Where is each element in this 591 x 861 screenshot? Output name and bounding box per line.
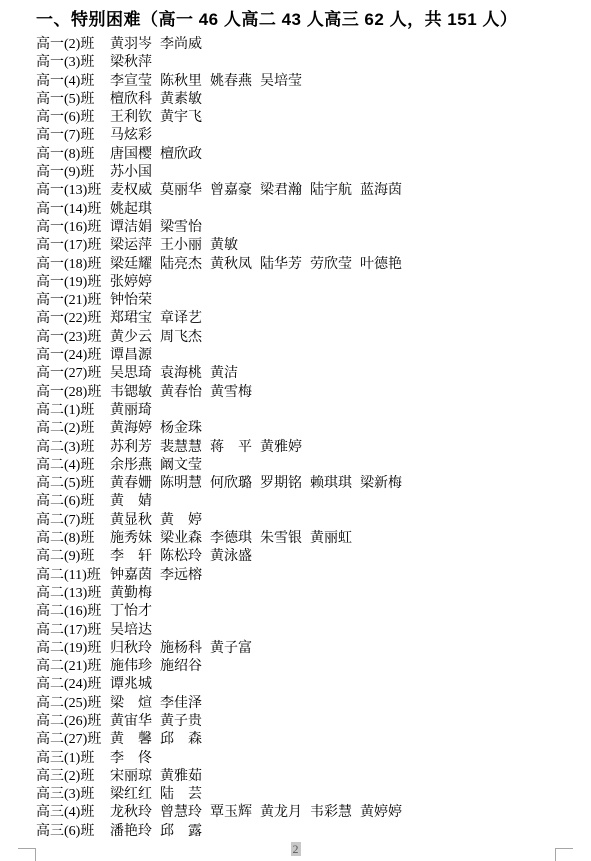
student-name: 陆 芸 — [160, 786, 205, 804]
student-name: 邱 森 — [160, 731, 205, 749]
class-label: 高三(1)班 — [36, 750, 110, 768]
student-name: 施伟珍 — [110, 658, 155, 676]
student-name: 黄宇飞 — [160, 109, 205, 127]
student-name: 施杨科 — [160, 640, 205, 658]
class-label: 高一(6)班 — [36, 109, 110, 127]
student-name: 李远榕 — [160, 567, 205, 585]
student-name: 余彤燕 — [110, 457, 155, 475]
list-item: 高二(9)班李 轩陈松玲黄泳盛 — [36, 548, 410, 566]
student-name: 谭洁娟 — [110, 219, 155, 237]
class-label: 高一(27)班 — [36, 365, 110, 383]
student-name: 归秋玲 — [110, 640, 155, 658]
class-label: 高一(16)班 — [36, 219, 110, 237]
class-label: 高一(18)班 — [36, 256, 110, 274]
student-name: 陆亮杰 — [160, 256, 205, 274]
student-name: 黄 馨 — [110, 731, 155, 749]
list-item: 高一(9)班苏小国 — [36, 164, 410, 182]
class-label: 高三(6)班 — [36, 823, 110, 841]
student-name: 曾嘉豪 — [210, 182, 255, 200]
student-name: 章译艺 — [160, 310, 205, 328]
student-name: 苏利芳 — [110, 439, 155, 457]
student-name: 黄显秋 — [110, 512, 155, 530]
class-label: 高二(3)班 — [36, 439, 110, 457]
class-label: 高一(22)班 — [36, 310, 110, 328]
student-name: 莫丽华 — [160, 182, 205, 200]
student-name: 吴培达 — [110, 622, 155, 640]
student-name: 谭昌源 — [110, 347, 155, 365]
student-name: 李德琪 — [210, 530, 255, 548]
student-name: 蒋 平 — [210, 439, 255, 457]
list-item: 高一(24)班谭昌源 — [36, 347, 410, 365]
student-name: 梁新梅 — [360, 475, 405, 493]
student-name: 陈明慧 — [160, 475, 205, 493]
list-item: 高二(26)班黄宙华黄子贵 — [36, 713, 410, 731]
student-name: 黄丽琦 — [110, 402, 155, 420]
list-item: 高二(13)班黄勤梅 — [36, 585, 410, 603]
student-name: 曾慧玲 — [160, 804, 205, 822]
class-label: 高三(4)班 — [36, 804, 110, 822]
student-name: 黄龙月 — [260, 804, 305, 822]
class-label: 高二(24)班 — [36, 676, 110, 694]
student-name: 黄羽岑 — [110, 36, 155, 54]
class-label: 高二(2)班 — [36, 420, 110, 438]
class-label: 高二(7)班 — [36, 512, 110, 530]
student-name: 李佳泽 — [160, 695, 205, 713]
student-name: 黄洁 — [210, 365, 255, 383]
student-name: 裴慧慧 — [160, 439, 205, 457]
student-list: 高一(2)班黄羽岑李尚威高一(3)班梁秋萍高一(4)班李宣莹陈秋里姚春燕吴培莹高… — [36, 36, 410, 841]
student-name: 李 轩 — [110, 548, 155, 566]
list-item: 高二(8)班施秀妹梁业森李德琪朱雪银黄丽虹 — [36, 530, 410, 548]
class-label: 高二(6)班 — [36, 493, 110, 511]
list-item: 高一(7)班马炫彩 — [36, 127, 410, 145]
student-name: 王利钦 — [110, 109, 155, 127]
class-label: 高一(7)班 — [36, 127, 110, 145]
student-name: 龙秋玲 — [110, 804, 155, 822]
student-name: 钟嘉茵 — [110, 567, 155, 585]
student-name: 李 佟 — [110, 750, 155, 768]
document-page: 一、特别困难（高一 46 人高二 43 人高三 62 人，共 151 人） 高一… — [0, 0, 591, 861]
class-label: 高三(2)班 — [36, 768, 110, 786]
list-item: 高二(21)班施伟珍施绍谷 — [36, 658, 410, 676]
student-name: 阚文莹 — [160, 457, 205, 475]
student-name: 袁海桃 — [160, 365, 205, 383]
class-label: 高二(11)班 — [36, 567, 110, 585]
class-label: 高三(3)班 — [36, 786, 110, 804]
list-item: 高三(4)班龙秋玲曾慧玲覃玉辉黄龙月韦彩慧黄婷婷 — [36, 804, 410, 822]
list-item: 高三(1)班李 佟 — [36, 750, 410, 768]
list-item: 高二(16)班丁怡才 — [36, 603, 410, 621]
student-name: 黄子贵 — [160, 713, 205, 731]
student-name: 黄子富 — [210, 640, 255, 658]
student-name: 潘艳玲 — [110, 823, 155, 841]
student-name: 何欣璐 — [210, 475, 255, 493]
student-name: 梁廷耀 — [110, 256, 155, 274]
list-item: 高一(22)班郑珺宝章译艺 — [36, 310, 410, 328]
class-label: 高一(23)班 — [36, 329, 110, 347]
class-label: 高二(8)班 — [36, 530, 110, 548]
student-name: 黄雅婷 — [260, 439, 305, 457]
student-name: 唐国樱 — [110, 146, 155, 164]
list-item: 高二(7)班黄显秋黄 婷 — [36, 512, 410, 530]
list-item: 高一(28)班韦锶敏黄春怡黄雪梅 — [36, 384, 410, 402]
student-name: 陆宇航 — [310, 182, 355, 200]
student-name: 姚起琪 — [110, 201, 155, 219]
student-name: 周飞杰 — [160, 329, 205, 347]
list-item: 高一(16)班谭洁娟梁雪怡 — [36, 219, 410, 237]
class-label: 高一(3)班 — [36, 54, 110, 72]
student-name: 黄雅茹 — [160, 768, 205, 786]
list-item: 高一(14)班姚起琪 — [36, 201, 410, 219]
student-name: 钟怡荣 — [110, 292, 155, 310]
list-item: 高一(8)班唐国樱檀欣政 — [36, 146, 410, 164]
class-label: 高二(16)班 — [36, 603, 110, 621]
student-name: 李宣莹 — [110, 73, 155, 91]
list-item: 高二(6)班黄 婧 — [36, 493, 410, 511]
student-name: 黄 婧 — [110, 493, 155, 511]
class-label: 高二(19)班 — [36, 640, 110, 658]
student-name: 陈秋里 — [160, 73, 205, 91]
class-label: 高二(27)班 — [36, 731, 110, 749]
student-name: 邱 露 — [160, 823, 205, 841]
section-title: 一、特别困难（高一 46 人高二 43 人高三 62 人，共 151 人） — [36, 5, 517, 30]
text-boundary-corner-right-icon — [555, 848, 573, 861]
student-name: 梁秋萍 — [110, 54, 155, 72]
list-item: 高一(2)班黄羽岑李尚威 — [36, 36, 410, 54]
class-label: 高二(17)班 — [36, 622, 110, 640]
student-name: 陈松玲 — [160, 548, 205, 566]
class-label: 高一(14)班 — [36, 201, 110, 219]
student-name: 黄海婷 — [110, 420, 155, 438]
class-label: 高一(17)班 — [36, 237, 110, 255]
student-name: 叶德艳 — [360, 256, 405, 274]
text-boundary-corner-left-icon — [18, 848, 36, 861]
class-label: 高一(2)班 — [36, 36, 110, 54]
class-label: 高一(13)班 — [36, 182, 110, 200]
student-name: 梁红红 — [110, 786, 155, 804]
student-name: 韦彩慧 — [310, 804, 355, 822]
class-label: 高二(9)班 — [36, 548, 110, 566]
student-name: 梁运萍 — [110, 237, 155, 255]
class-label: 高二(5)班 — [36, 475, 110, 493]
class-label: 高一(19)班 — [36, 274, 110, 292]
list-item: 高二(19)班归秋玲施杨科黄子富 — [36, 640, 410, 658]
student-name: 黄丽虹 — [310, 530, 355, 548]
class-label: 高一(9)班 — [36, 164, 110, 182]
class-label: 高二(1)班 — [36, 402, 110, 420]
student-name: 梁 煊 — [110, 695, 155, 713]
list-item: 高二(27)班黄 馨邱 森 — [36, 731, 410, 749]
list-item: 高一(4)班李宣莹陈秋里姚春燕吴培莹 — [36, 73, 410, 91]
student-name: 黄勤梅 — [110, 585, 155, 603]
student-name: 宋丽琼 — [110, 768, 155, 786]
list-item: 高二(4)班余彤燕阚文莹 — [36, 457, 410, 475]
student-name: 檀欣科 — [110, 91, 155, 109]
list-item: 高三(3)班梁红红陆 芸 — [36, 786, 410, 804]
list-item: 高一(18)班梁廷耀陆亮杰黄秋凤陆华芳劳欣莹叶德艳 — [36, 256, 410, 274]
class-label: 高二(21)班 — [36, 658, 110, 676]
student-name: 黄秋凤 — [210, 256, 255, 274]
student-name: 劳欣莹 — [310, 256, 355, 274]
student-name: 郑珺宝 — [110, 310, 155, 328]
class-label: 高二(26)班 — [36, 713, 110, 731]
student-name: 施绍谷 — [160, 658, 205, 676]
student-name: 檀欣政 — [160, 146, 205, 164]
student-name: 黄雪梅 — [210, 384, 255, 402]
student-name: 施秀妹 — [110, 530, 155, 548]
list-item: 高一(3)班梁秋萍 — [36, 54, 410, 72]
list-item: 高二(2)班黄海婷杨金珠 — [36, 420, 410, 438]
class-label: 高一(21)班 — [36, 292, 110, 310]
student-name: 黄敏 — [210, 237, 255, 255]
list-item: 高一(27)班吴思琦袁海桃黄洁 — [36, 365, 410, 383]
student-name: 张婷婷 — [110, 274, 155, 292]
student-name: 朱雪银 — [260, 530, 305, 548]
student-name: 丁怡才 — [110, 603, 155, 621]
class-label: 高二(25)班 — [36, 695, 110, 713]
student-name: 黄泳盛 — [210, 548, 255, 566]
student-name: 蓝海茵 — [360, 182, 405, 200]
student-name: 陆华芳 — [260, 256, 305, 274]
list-item: 高三(6)班潘艳玲邱 露 — [36, 823, 410, 841]
student-name: 马炫彩 — [110, 127, 155, 145]
student-name: 谭兆城 — [110, 676, 155, 694]
list-item: 高二(17)班吴培达 — [36, 622, 410, 640]
list-item: 高一(5)班檀欣科黄素敏 — [36, 91, 410, 109]
class-label: 高一(28)班 — [36, 384, 110, 402]
student-name: 黄春姗 — [110, 475, 155, 493]
student-name: 梁雪怡 — [160, 219, 205, 237]
student-name: 吴培莹 — [260, 73, 305, 91]
class-label: 高二(4)班 — [36, 457, 110, 475]
student-name: 梁君瀚 — [260, 182, 305, 200]
list-item: 高一(6)班王利钦黄宇飞 — [36, 109, 410, 127]
class-label: 高二(13)班 — [36, 585, 110, 603]
student-name: 韦锶敏 — [110, 384, 155, 402]
list-item: 高三(2)班宋丽琼黄雅茹 — [36, 768, 410, 786]
student-name: 姚春燕 — [210, 73, 255, 91]
student-name: 麦权威 — [110, 182, 155, 200]
student-name: 王小丽 — [160, 237, 205, 255]
student-name: 黄春怡 — [160, 384, 205, 402]
student-name: 杨金珠 — [160, 420, 205, 438]
page-number-field: 2 — [291, 842, 301, 856]
list-item: 高一(17)班梁运萍王小丽黄敏 — [36, 237, 410, 255]
student-name: 黄宙华 — [110, 713, 155, 731]
class-label: 高一(4)班 — [36, 73, 110, 91]
list-item: 高一(23)班黄少云周飞杰 — [36, 329, 410, 347]
list-item: 高二(1)班黄丽琦 — [36, 402, 410, 420]
student-name: 覃玉辉 — [210, 804, 255, 822]
class-label: 高一(8)班 — [36, 146, 110, 164]
student-name: 梁业森 — [160, 530, 205, 548]
list-item: 高二(24)班谭兆城 — [36, 676, 410, 694]
list-item: 高二(25)班梁 煊李佳泽 — [36, 695, 410, 713]
student-name: 罗期铭 — [260, 475, 305, 493]
list-item: 高二(3)班苏利芳裴慧慧蒋 平黄雅婷 — [36, 439, 410, 457]
student-name: 赖琪琪 — [310, 475, 355, 493]
student-name: 吴思琦 — [110, 365, 155, 383]
class-label: 高一(5)班 — [36, 91, 110, 109]
student-name: 黄素敏 — [160, 91, 205, 109]
class-label: 高一(24)班 — [36, 347, 110, 365]
student-name: 黄少云 — [110, 329, 155, 347]
list-item: 高一(21)班钟怡荣 — [36, 292, 410, 310]
student-name: 黄婷婷 — [360, 804, 405, 822]
student-name: 黄 婷 — [160, 512, 205, 530]
student-name: 李尚威 — [160, 36, 205, 54]
list-item: 高二(11)班钟嘉茵李远榕 — [36, 567, 410, 585]
list-item: 高一(13)班麦权威莫丽华曾嘉豪梁君瀚陆宇航蓝海茵 — [36, 182, 410, 200]
list-item: 高一(19)班张婷婷 — [36, 274, 410, 292]
list-item: 高二(5)班黄春姗陈明慧何欣璐罗期铭赖琪琪梁新梅 — [36, 475, 410, 493]
student-name: 苏小国 — [110, 164, 155, 182]
